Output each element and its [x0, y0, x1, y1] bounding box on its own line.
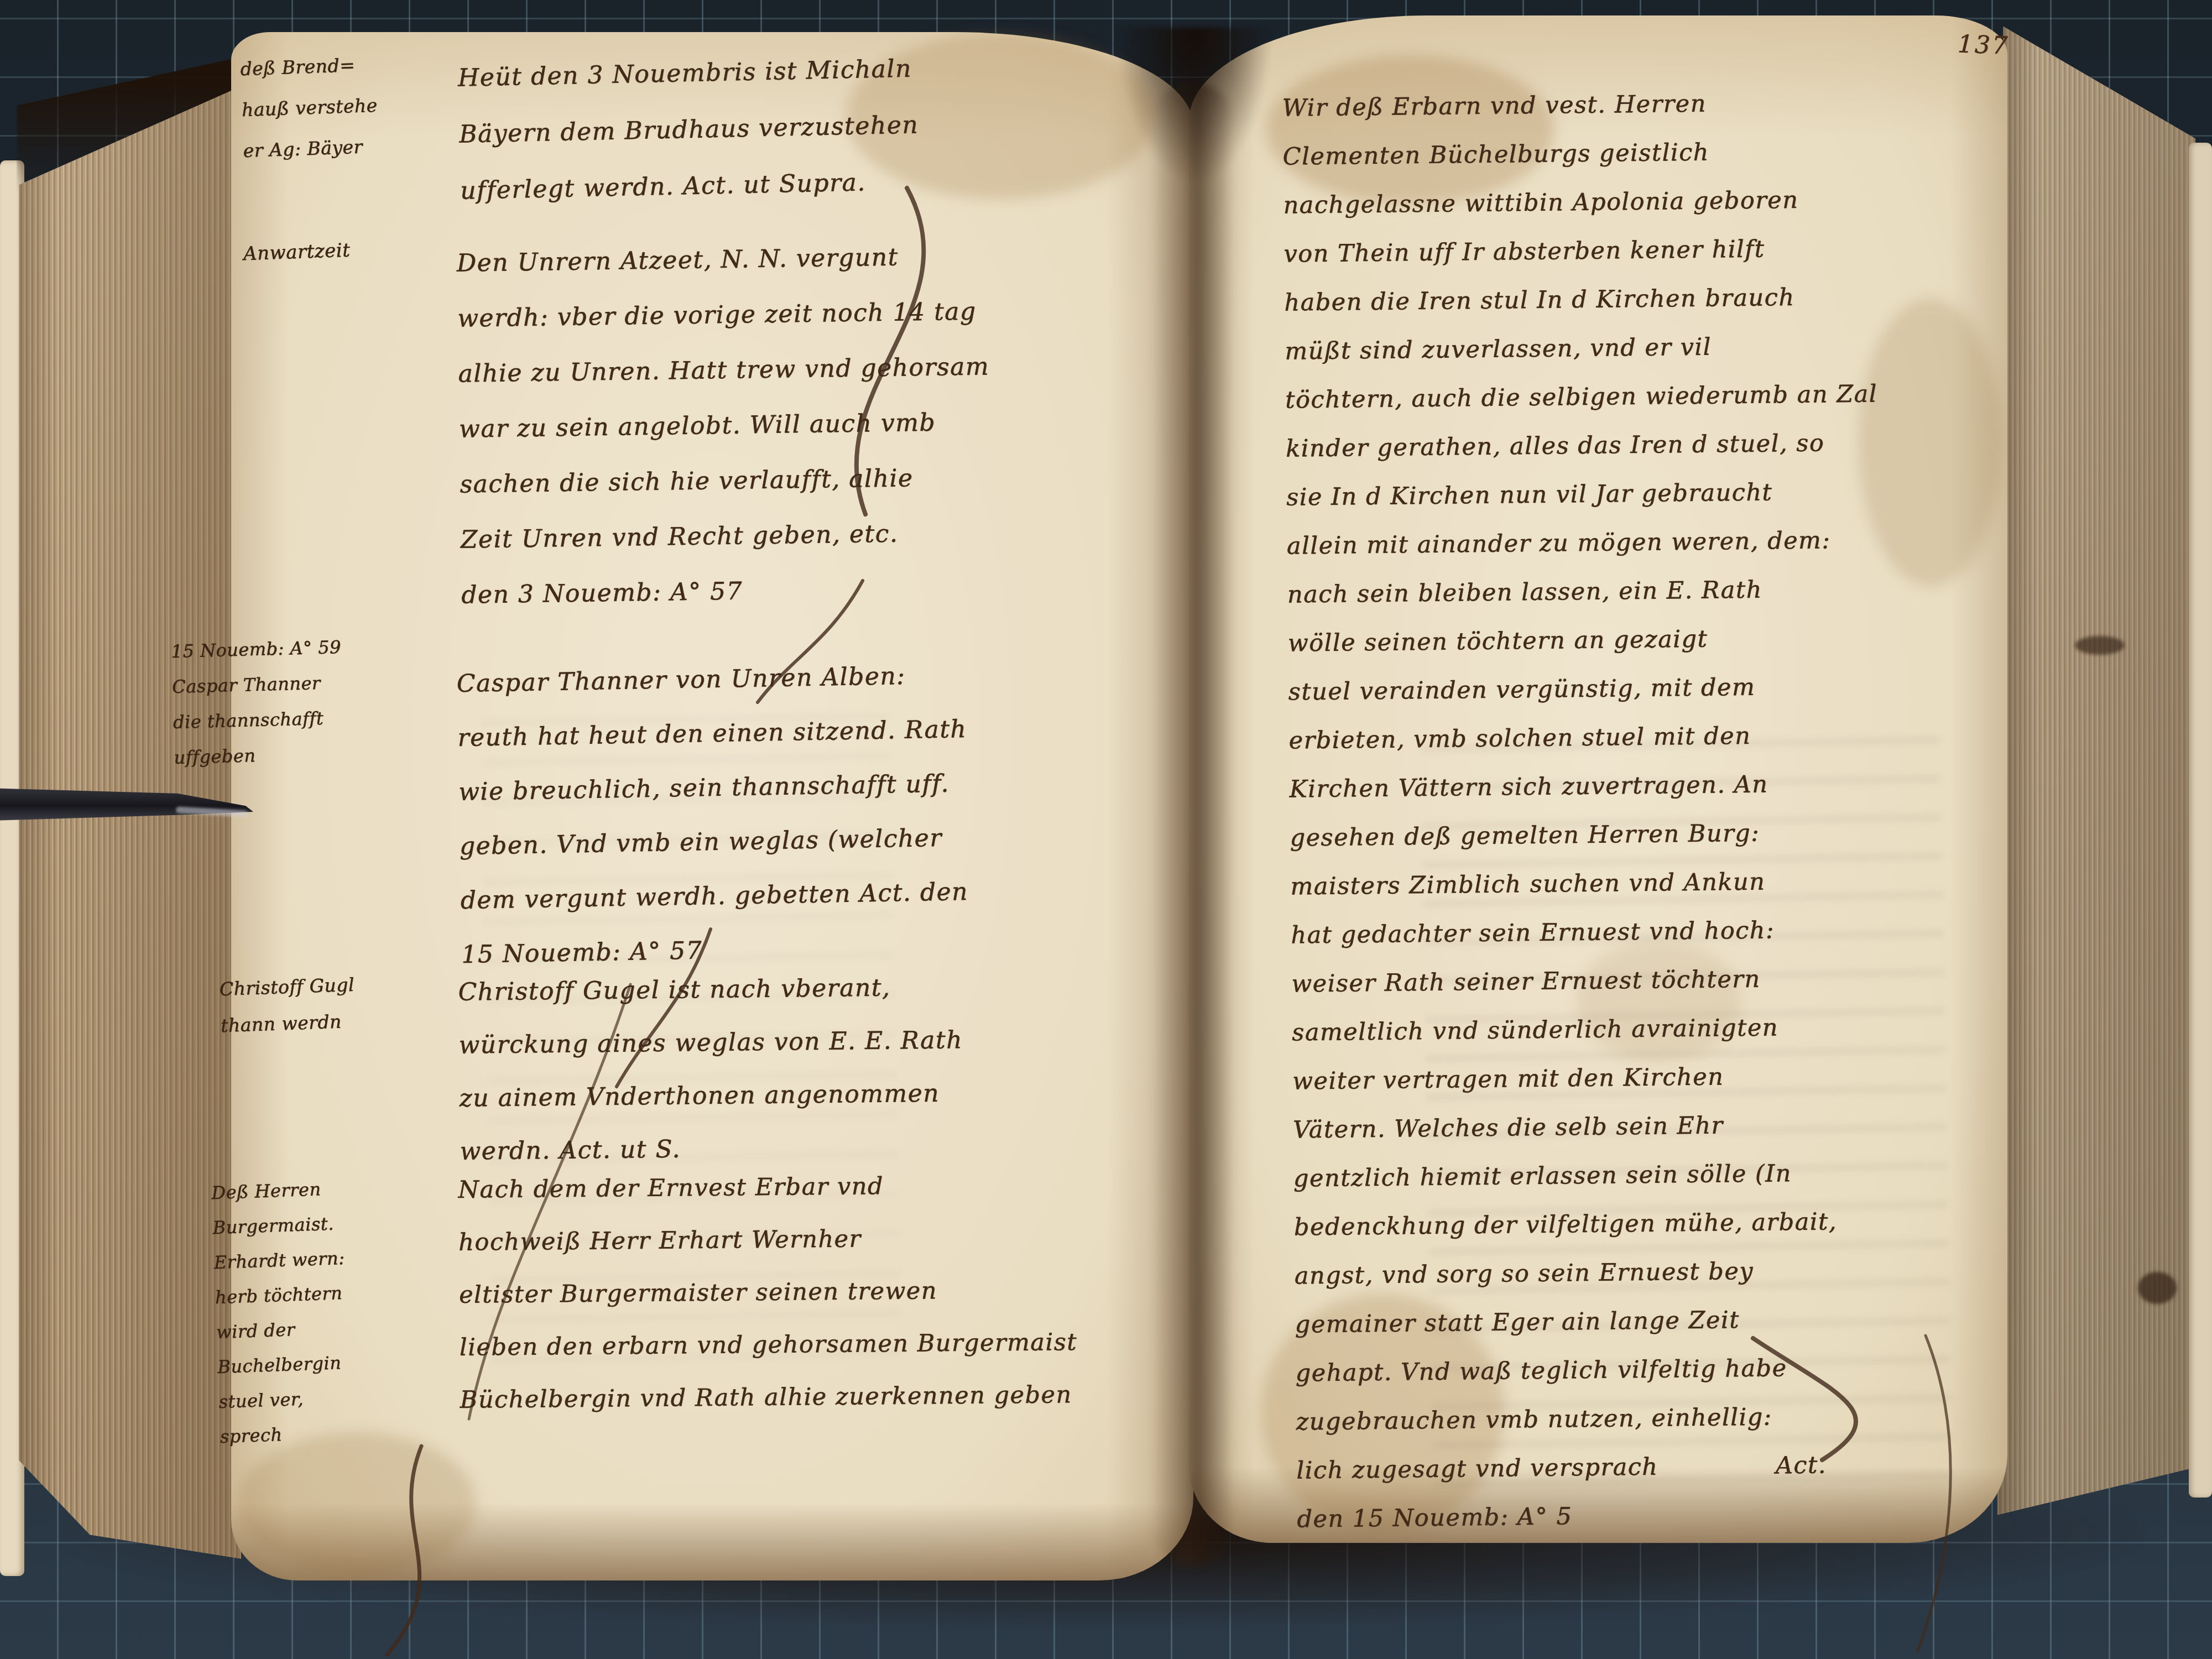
manuscript-photo: 137 deß Brend= hauß verstehe er Ag: Bäye… [0, 0, 2212, 1659]
ink-flourishes [0, 0, 2212, 1659]
